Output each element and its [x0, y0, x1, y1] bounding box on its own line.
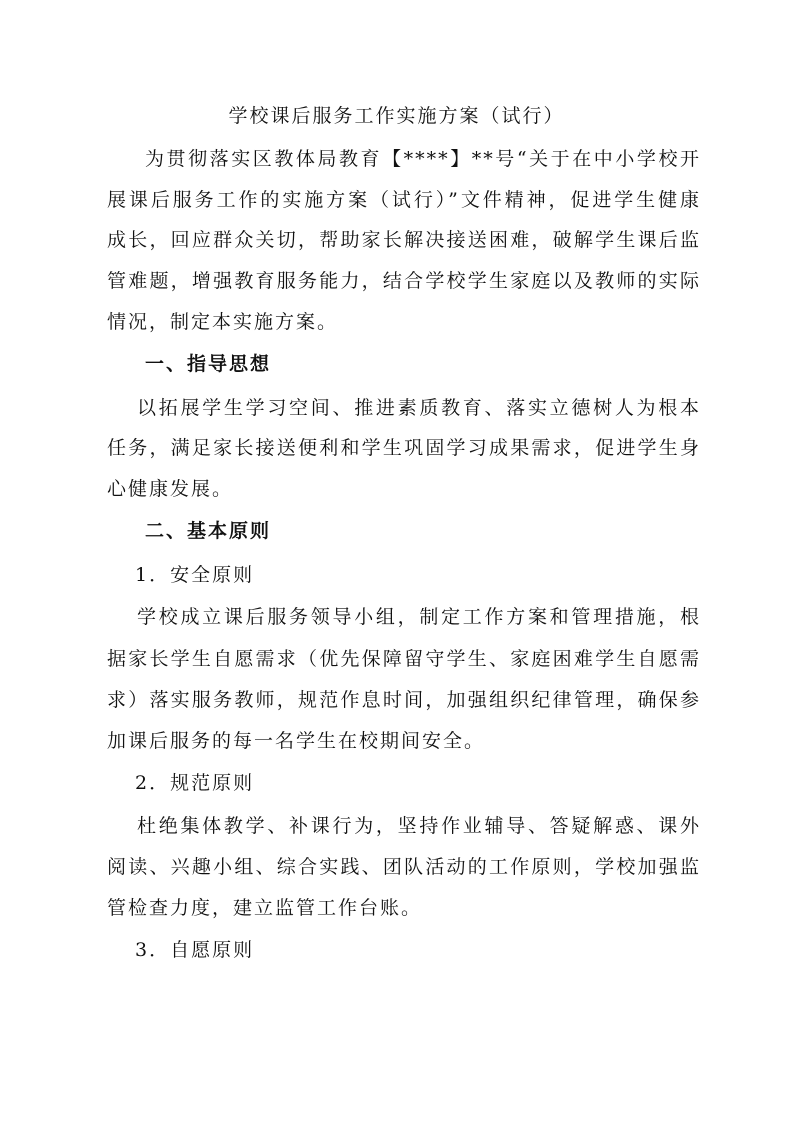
paragraph-line: 加课后服务的每一名学生在校期间安全。: [107, 729, 701, 753]
paragraph-line: 管难题，增强教育服务能力，结合学校学生家庭以及教师的实际: [107, 269, 701, 293]
paragraph-line: 阅读、兴趣小组、综合实践、团队活动的工作原则，学校加强监: [107, 855, 701, 879]
paragraph-line: 展课后服务工作的实施方案（试行）”文件精神，促进学生健康: [107, 188, 701, 212]
section-heading-basic-principles: 二、基本原则: [145, 519, 701, 543]
paragraph-line: 情况，制定本实施方案。: [107, 310, 701, 334]
paragraph-line: 为贯彻落实区教体局教育【****】**号“关于在中小学校开: [145, 147, 701, 171]
paragraph-line: 成长，回应群众关切，帮助家长解决接送困难，破解学生课后监: [107, 228, 701, 252]
document-title: 学校课后服务工作实施方案（试行）: [0, 104, 793, 128]
subheading-standard-principle: 2．规范原则: [135, 771, 695, 795]
paragraph-line: 学校成立课后服务领导小组，制定工作方案和管理措施，根: [137, 605, 701, 629]
paragraph-line: 据家长学生自愿需求（优先保障留守学生、家庭困难学生自愿需: [107, 647, 701, 671]
paragraph-line: 任务，满足家长接送便利和学生巩固学习成果需求，促进学生身: [107, 436, 701, 460]
subheading-voluntary-principle: 3．自愿原则: [135, 938, 695, 962]
paragraph-line: 以拓展学生学习空间、推进素质教育、落实立德树人为根本: [137, 396, 701, 420]
paragraph-line: 求）落实服务教师，规范作息时间，加强组织纪律管理，确保参: [107, 688, 701, 712]
paragraph-line: 心健康发展。: [107, 477, 701, 501]
subheading-safety-principle: 1．安全原则: [135, 563, 695, 587]
section-heading-guiding-ideology: 一、指导思想: [145, 352, 701, 376]
document-page: 学校课后服务工作实施方案（试行） 为贯彻落实区教体局教育【****】**号“关于…: [0, 0, 793, 1122]
paragraph-line: 管检查力度，建立监管工作台账。: [107, 896, 701, 920]
paragraph-line: 杜绝集体教学、补课行为，坚持作业辅导、答疑解惑、课外: [137, 814, 701, 838]
